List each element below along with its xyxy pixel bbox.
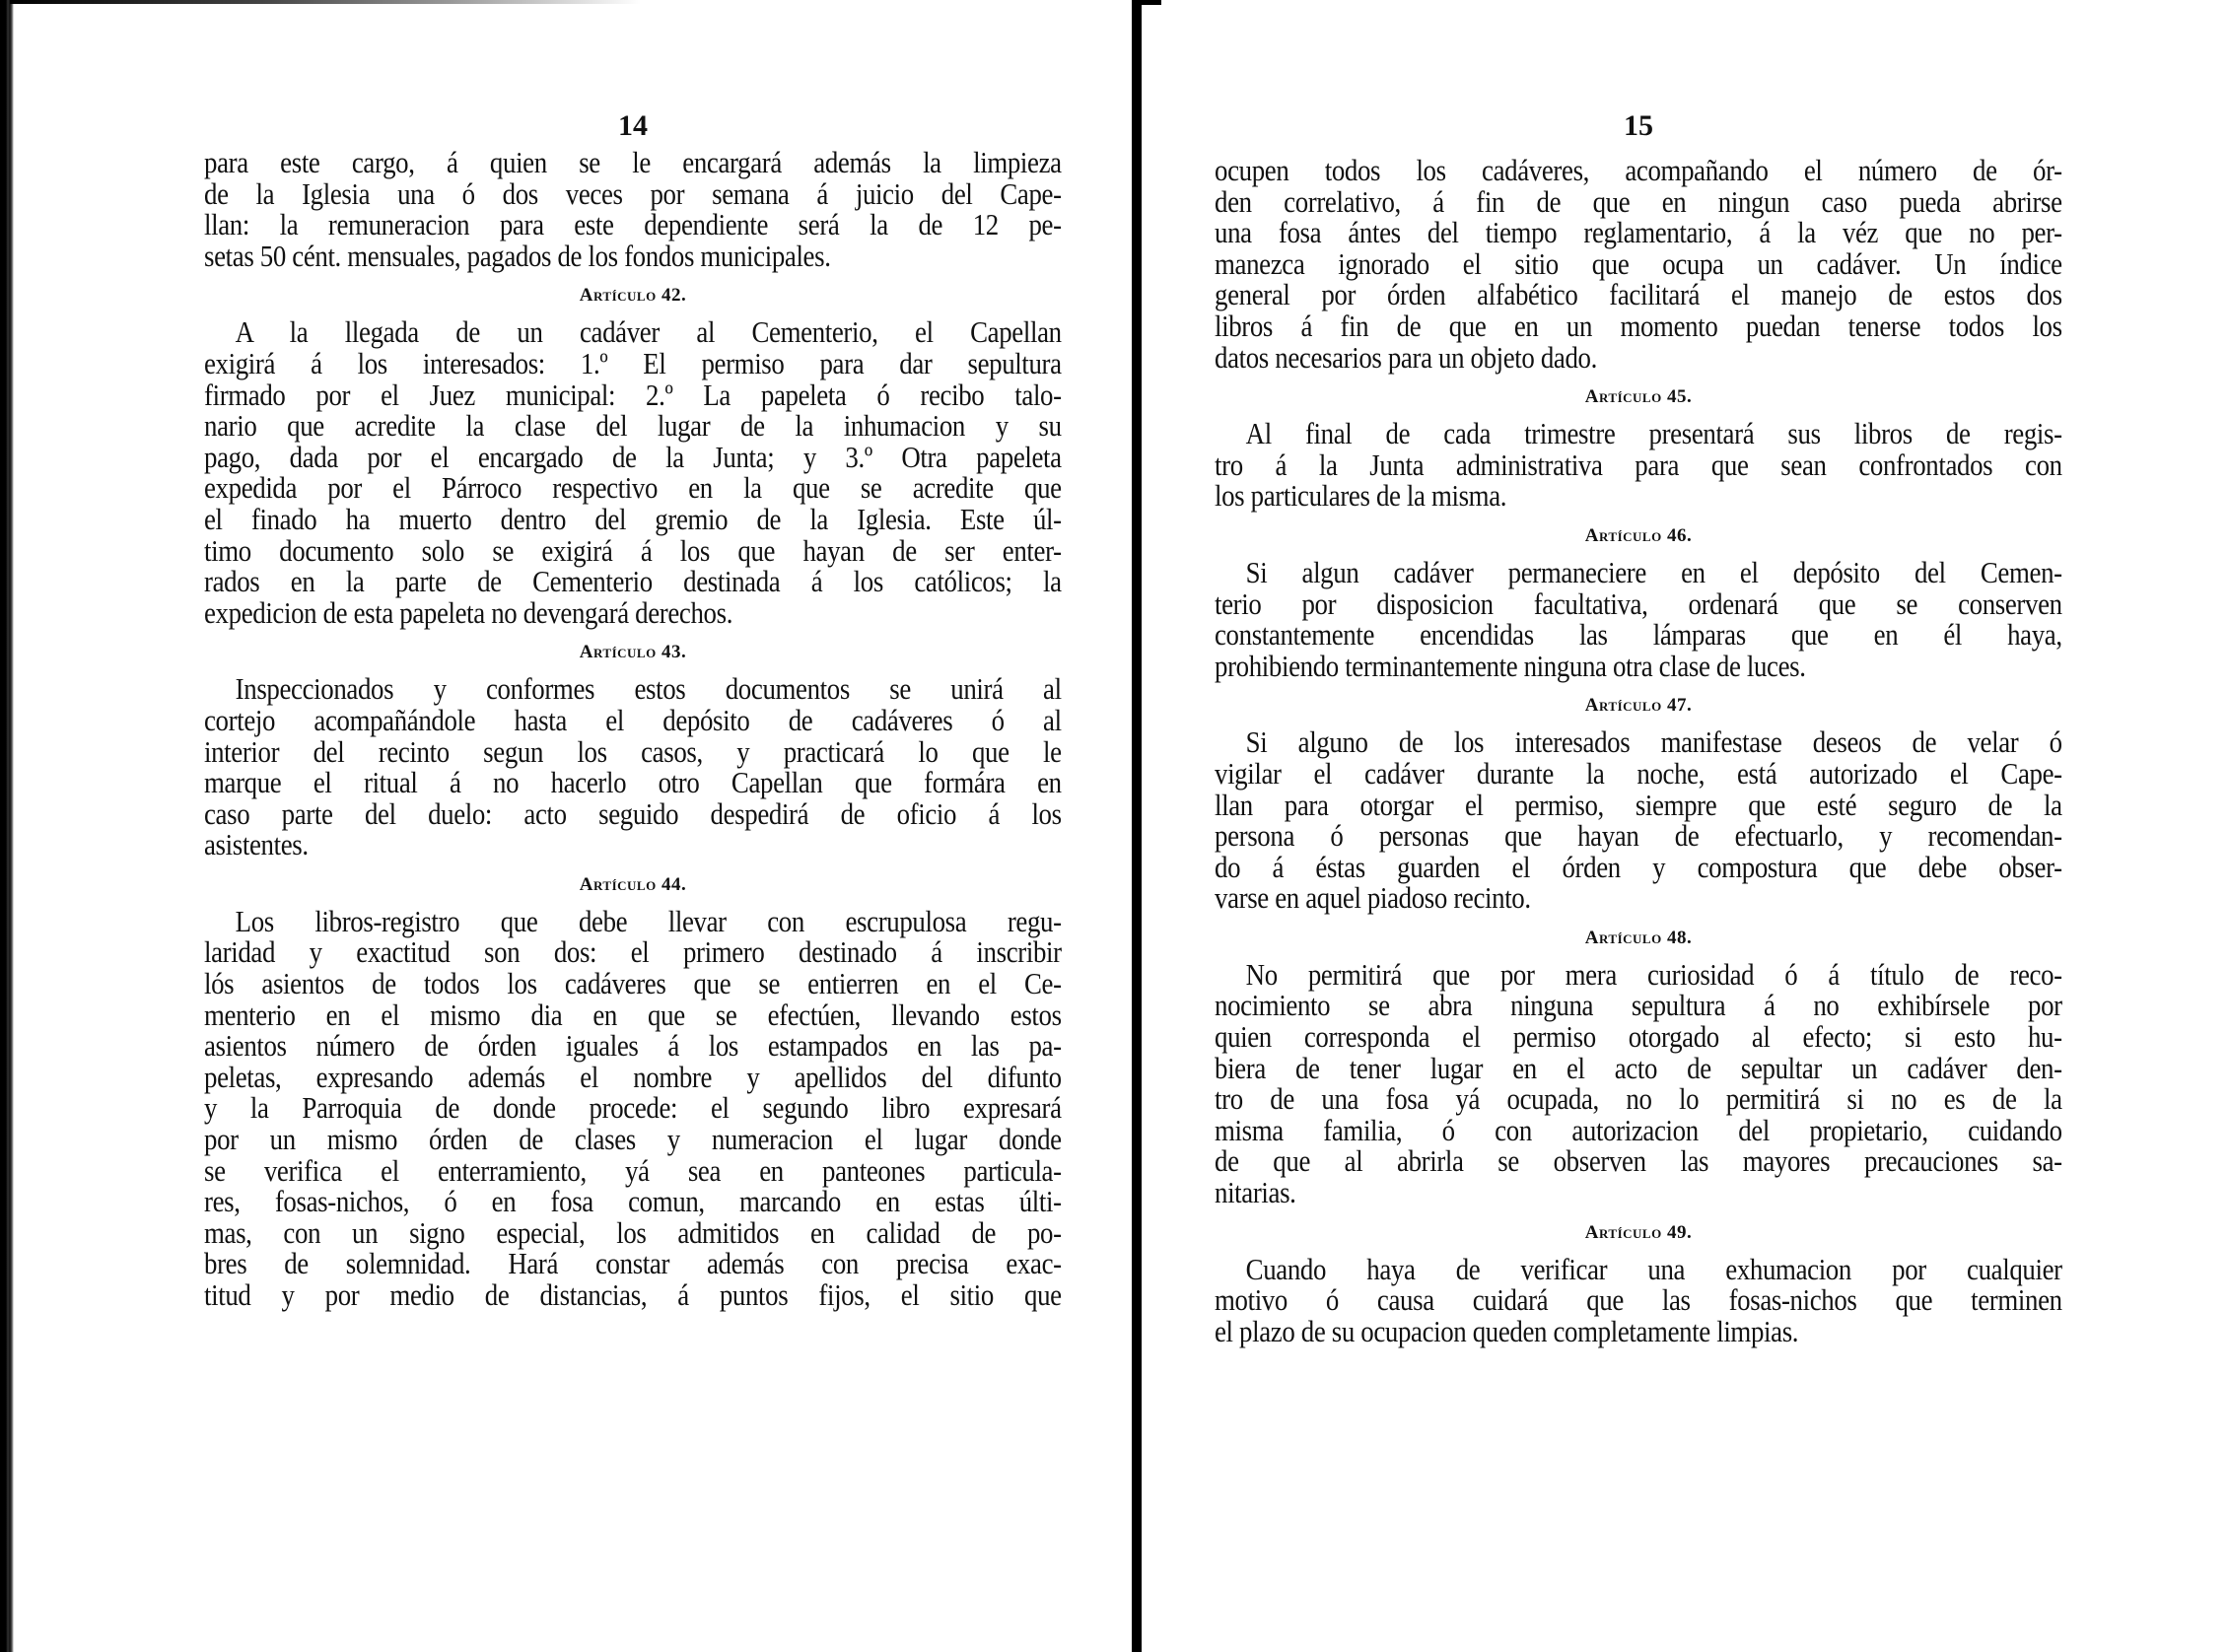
text-line: Al final de cada trimestre presentará su… (1215, 419, 2062, 450)
page-number: 14 (204, 106, 1062, 146)
text-line: do á éstas guarden el órden y compostura… (1215, 853, 2062, 884)
text-line: se verifica el enterramiento, yá sea en … (204, 1156, 1062, 1188)
article-heading: Artículo 43. (204, 641, 1062, 664)
text-line: datos necesarios para un objeto dado. (1215, 343, 2062, 375)
text-line: expedida por el Párroco respectivo en la… (204, 473, 1062, 505)
text-line: motivo ó causa cuidará que las fosas-nic… (1215, 1285, 2062, 1317)
text-line: prohibiendo terminantemente ninguna otra… (1215, 652, 2062, 683)
text-line: res, fosas-nichos, ó en fosa comun, marc… (204, 1187, 1062, 1218)
text-line: No permitirá que por mera curiosidad ó á… (1215, 960, 2062, 992)
text-line: exigirá á los interesados: 1.º El permis… (204, 349, 1062, 380)
text-line: tro de una fosa yá ocupada, no lo permit… (1215, 1084, 2062, 1116)
top-page-edge (10, 0, 641, 4)
text-line: setas 50 cént. mensuales, pagados de los… (204, 241, 1062, 273)
text-line: menterio en el mismo dia en que se efect… (204, 1000, 1062, 1032)
text-line: los particulares de la misma. (1215, 481, 2062, 513)
text-line: interior del recinto segun los casos, y … (204, 737, 1062, 769)
article-heading: Artículo 46. (1215, 524, 2062, 548)
text-line: terio por disposicion facultativa, orden… (1215, 589, 2062, 621)
text-line: timo documento solo se exigirá á los que… (204, 536, 1062, 568)
text-line: Los libros-registro que debe llevar con … (204, 907, 1062, 938)
article-46-paragraph: Si algun cadáver permaneciere en el depó… (1215, 558, 2062, 682)
text-line: quien corresponda el permiso otorgado al… (1215, 1022, 2062, 1054)
article-49-paragraph: Cuando haya de verificar una exhumacion … (1215, 1255, 2062, 1348)
text-line: cortejo acompañándole hasta el depósito … (204, 706, 1062, 737)
text-line: biera de tener lugar en el acto de sepul… (1215, 1054, 2062, 1085)
text-line: rados en la parte de Cementerio destinad… (204, 567, 1062, 598)
page-body: para este cargo, á quien se le encargará… (204, 148, 1062, 1312)
text-line: de que al abrirla se observen las mayore… (1215, 1146, 2062, 1178)
text-line: firmado por el Juez municipal: 2.º La pa… (204, 380, 1062, 412)
text-line: general por órden alfabético facilitará … (1215, 280, 2062, 311)
text-line: manezca ignorado el sitio que ocupa un c… (1215, 249, 2062, 281)
text-line: expedicion de esta papeleta no devengará… (204, 598, 1062, 630)
text-line: den correlativo, á fin de que en ningun … (1215, 187, 2062, 219)
text-line: tro á la Junta administrativa para que s… (1215, 450, 2062, 482)
text-line: misma familia, ó con autorizacion del pr… (1215, 1116, 2062, 1147)
article-heading: Artículo 45. (1215, 385, 2062, 409)
text-line: Si algun cadáver permaneciere en el depó… (1215, 558, 2062, 589)
text-line: caso parte del duelo: acto seguido despe… (204, 799, 1062, 831)
text-line: persona ó personas que hayan de efectuar… (1215, 821, 2062, 853)
continuation-paragraph: ocupen todos los cadáveres, acompañando … (1215, 156, 2062, 374)
text-line: por un mismo órden de clases y numeracio… (204, 1125, 1062, 1156)
article-heading: Artículo 49. (1215, 1221, 2062, 1245)
left-book-edge (0, 0, 14, 1652)
text-line: constantemente encendidas las lámparas q… (1215, 620, 2062, 652)
text-line: libros á fin de que en un momento puedan… (1215, 311, 2062, 343)
page-body: ocupen todos los cadáveres, acompañando … (1215, 156, 2062, 1347)
text-line: nario que acredite la clase del lugar de… (204, 411, 1062, 443)
text-line: Si alguno de los interesados manifestase… (1215, 727, 2062, 759)
text-line: ocupen todos los cadáveres, acompañando … (1215, 156, 2062, 187)
text-line: para este cargo, á quien se le encargará… (204, 148, 1062, 179)
center-gutter (1132, 0, 1142, 1652)
text-line: bres de solemnidad. Hará constar además … (204, 1249, 1062, 1280)
text-line: una fosa ántes del tiempo reglamentario,… (1215, 218, 2062, 249)
article-heading: Artículo 48. (1215, 927, 2062, 950)
text-line: laridad y exactitud son dos: el primero … (204, 937, 1062, 969)
text-line: y la Parroquia de donde procede: el segu… (204, 1093, 1062, 1125)
article-47-paragraph: Si alguno de los interesados manifestase… (1215, 727, 2062, 915)
continuation-paragraph: para este cargo, á quien se le encargará… (204, 148, 1062, 272)
text-line: nitarias. (1215, 1178, 2062, 1209)
text-line: mas, con un signo especial, los admitido… (204, 1218, 1062, 1250)
text-line: marque el ritual á no hacerlo otro Capel… (204, 768, 1062, 799)
text-line: de la Iglesia una ó dos veces por semana… (204, 179, 1062, 211)
article-43-paragraph: Inspeccionados y conformes estos documen… (204, 674, 1062, 861)
text-line: el finado ha muerto dentro del gremio de… (204, 505, 1062, 536)
text-line: peletas, expresando además el nombre y a… (204, 1063, 1062, 1094)
text-line: titud y por medio de distancias, á punto… (204, 1280, 1062, 1312)
text-line: A la llegada de un cadáver al Cementerio… (204, 317, 1062, 349)
text-line: Inspeccionados y conformes estos documen… (204, 674, 1062, 706)
text-line: vigilar el cadáver durante la noche, est… (1215, 759, 2062, 791)
text-line: llan para otorgar el permiso, siempre qu… (1215, 791, 2062, 822)
text-line: nocimiento se abra ninguna sepultura á n… (1215, 991, 2062, 1022)
article-42-paragraph: A la llegada de un cadáver al Cementerio… (204, 317, 1062, 629)
text-line: varse en aquel piadoso recinto. (1215, 883, 2062, 915)
text-line: pago, dada por el encargado de la Junta;… (204, 443, 1062, 474)
text-line: el plazo de su ocupacion queden completa… (1215, 1317, 2062, 1348)
text-line: lós asientos de todos los cadáveres que … (204, 969, 1062, 1000)
article-48-paragraph: No permitirá que por mera curiosidad ó á… (1215, 960, 2062, 1209)
article-heading: Artículo 42. (204, 284, 1062, 308)
gutter-top-edge (1132, 0, 1161, 5)
article-heading: Artículo 44. (204, 873, 1062, 897)
text-line: asientos número de órden iguales á los e… (204, 1031, 1062, 1063)
page-number: 15 (1215, 106, 2062, 146)
text-line: Cuando haya de verificar una exhumacion … (1215, 1255, 2062, 1286)
text-line: asistentes. (204, 830, 1062, 861)
article-45-paragraph: Al final de cada trimestre presentará su… (1215, 419, 2062, 513)
article-heading: Artículo 47. (1215, 694, 2062, 718)
text-line: llan: la remuneracion para este dependie… (204, 210, 1062, 241)
article-44-paragraph: Los libros-registro que debe llevar con … (204, 907, 1062, 1312)
